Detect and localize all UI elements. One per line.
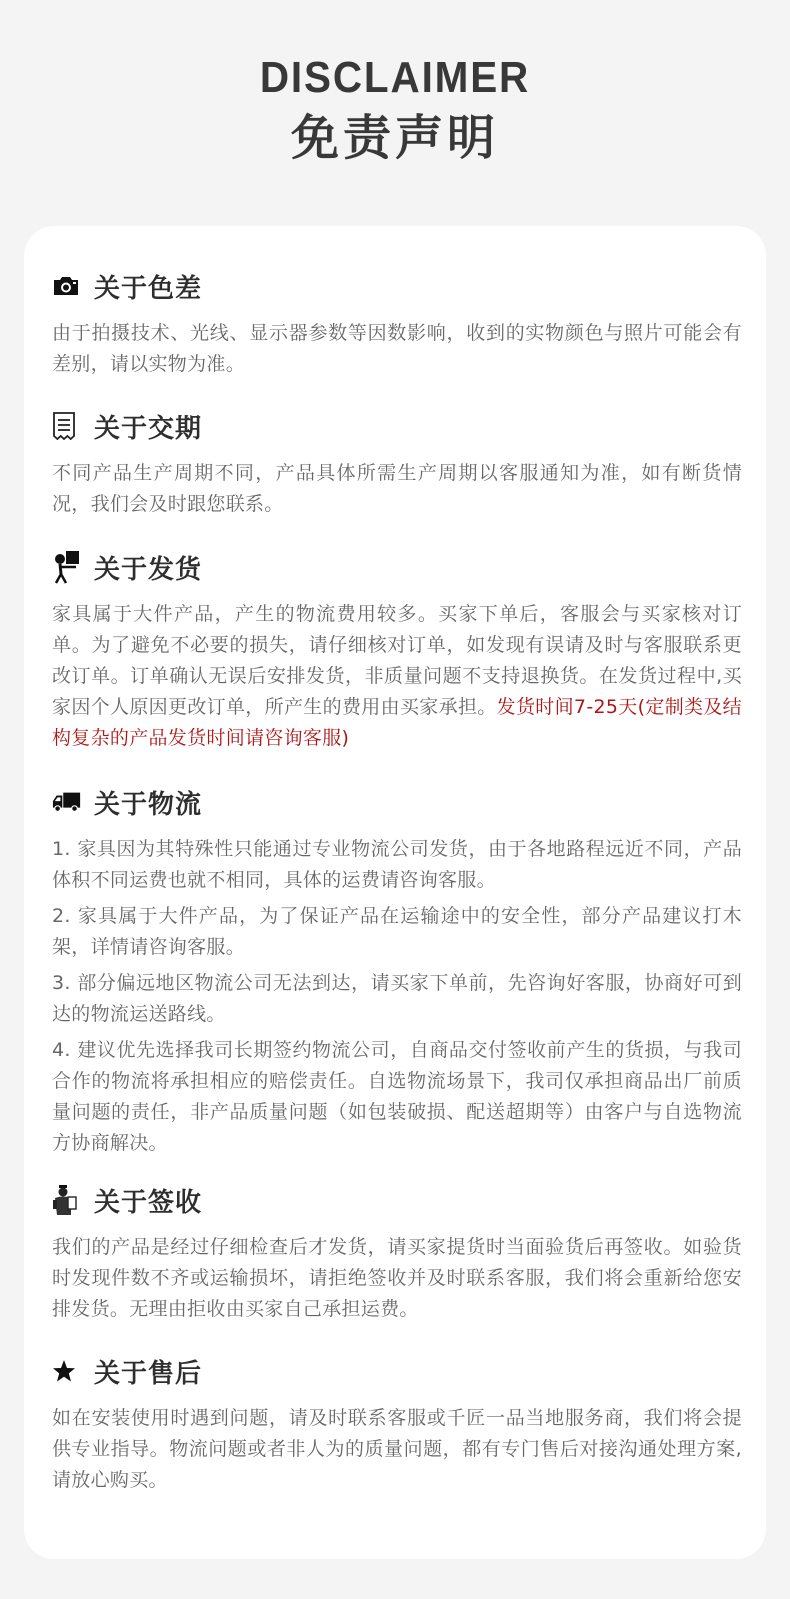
section-text: 不同产品生产周期不同，产品具体所需生产周期以客服通知为准，如有断货情况，我们会及…	[52, 458, 742, 520]
camera-icon	[52, 271, 82, 301]
star-icon	[52, 1356, 82, 1386]
section-header: 关于交期	[52, 406, 742, 446]
section-logistics: 关于物流 1. 家具因为其特殊性只能通过专业物流公司发货，由于各地路程远近不同，…	[52, 782, 742, 1164]
list-item: 1. 家具因为其特殊性只能通过专业物流公司发货，由于各地路程远近不同，产品体积不…	[52, 834, 742, 896]
list-item: 2. 家具属于大件产品，为了保证产品在运输途中的安全性，部分产品建议打木架，详情…	[52, 901, 742, 963]
section-header: 关于签收	[52, 1180, 742, 1220]
section-header: 关于发货	[52, 547, 742, 587]
section-color-difference: 关于色差 由于拍摄技术、光线、显示器参数等因数影响，收到的实物颜色与照片可能会有…	[52, 266, 742, 380]
truck-icon	[52, 787, 82, 817]
section-title: 关于发货	[94, 549, 202, 586]
section-header: 关于售后	[52, 1351, 742, 1391]
courier-sign-icon	[52, 1185, 82, 1215]
disclaimer-card: 关于色差 由于拍摄技术、光线、显示器参数等因数影响，收到的实物颜色与照片可能会有…	[24, 226, 766, 1559]
section-title: 关于物流	[94, 784, 202, 821]
section-title: 关于售后	[94, 1353, 202, 1390]
section-sign-for: 关于签收 我们的产品是经过仔细检查后才发货，请买家提货时当面验货后再签收。如验货…	[52, 1180, 742, 1325]
section-title: 关于色差	[94, 268, 202, 305]
page-header: DISCLAIMER 免责声明	[0, 50, 790, 168]
section-after-sales: 关于售后 如在安装使用时遇到问题，请及时联系客服或千匠一品当地服务商，我们将会提…	[52, 1351, 742, 1496]
receipt-icon	[52, 411, 82, 441]
section-text: 如在安装使用时遇到问题，请及时联系客服或千匠一品当地服务商，我们将会提供专业指导…	[52, 1403, 742, 1496]
delivery-person-icon	[52, 552, 82, 582]
section-title: 关于交期	[94, 408, 202, 445]
title-english: DISCLAIMER	[32, 50, 759, 106]
list-item: 4. 建议优先选择我司长期签约物流公司，自商品交付签收前产生的货损，与我司合作的…	[52, 1035, 742, 1159]
list-item: 3. 部分偏远地区物流公司无法到达，请买家下单前，先咨询好客服，协商好可到达的物…	[52, 968, 742, 1030]
section-title: 关于签收	[94, 1182, 202, 1219]
section-header: 关于色差	[52, 266, 742, 306]
title-chinese: 免责声明	[0, 108, 790, 168]
section-text: 家具属于大件产品，产生的物流费用较多。买家下单后，客服会与买家核对订单。为了避免…	[52, 599, 742, 754]
section-shipping: 关于发货 家具属于大件产品，产生的物流费用较多。买家下单后，客服会与买家核对订单…	[52, 547, 742, 754]
logistics-list: 1. 家具因为其特殊性只能通过专业物流公司发货，由于各地路程远近不同，产品体积不…	[52, 834, 742, 1159]
section-header: 关于物流	[52, 782, 742, 822]
section-text: 我们的产品是经过仔细检查后才发货，请买家提货时当面验货后再签收。如验货时发现件数…	[52, 1232, 742, 1325]
section-lead-time: 关于交期 不同产品生产周期不同，产品具体所需生产周期以客服通知为准，如有断货情况…	[52, 406, 742, 520]
section-text: 由于拍摄技术、光线、显示器参数等因数影响，收到的实物颜色与照片可能会有差别，请以…	[52, 318, 742, 380]
